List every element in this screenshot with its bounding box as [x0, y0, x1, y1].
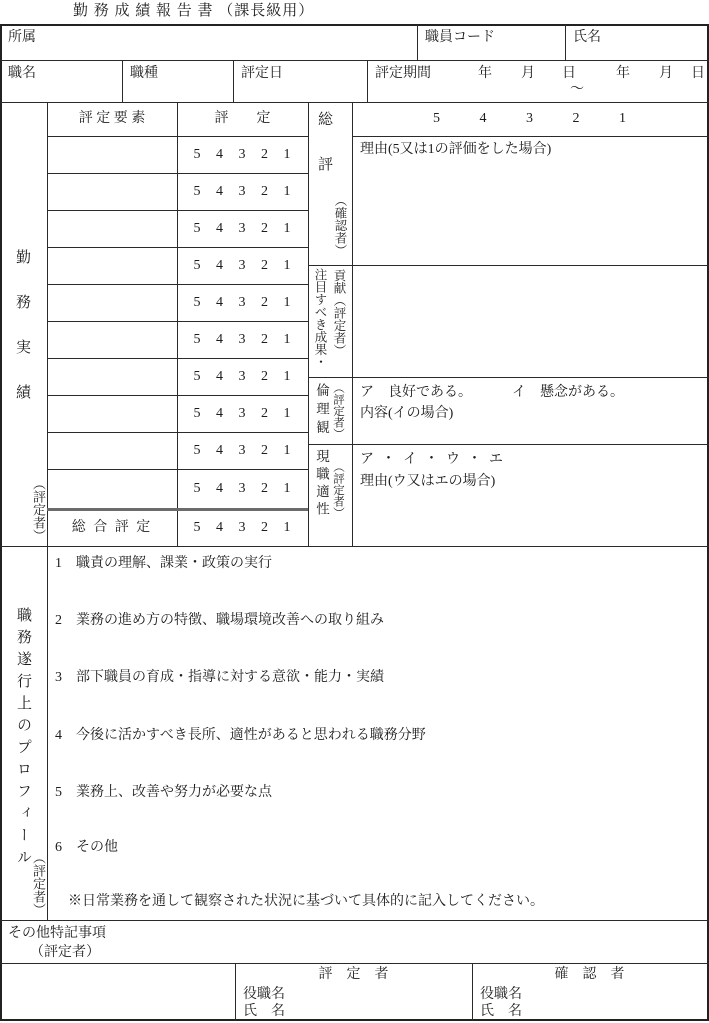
- period-day1-label: 日: [562, 65, 576, 83]
- period-year2-label: 年: [616, 65, 630, 83]
- aptitude-reason-label: 理由(ウ又はエの場合): [360, 473, 495, 491]
- ethics-option-b: イ 懸念がある。: [512, 384, 624, 402]
- grid-line: [308, 377, 709, 378]
- overall-section-label: 総評: [314, 111, 335, 201]
- grid-line: [0, 24, 2, 1021]
- rater-name-label: 氏 名: [243, 1003, 285, 1021]
- profile-item-6: 6 その他: [55, 839, 118, 857]
- rating-date-label: 評定日: [241, 65, 283, 83]
- work-record-label: 勤務実績: [12, 249, 33, 429]
- profile-item-4: 4 今後に活かすべき長所、適性があると思われる職務分野: [55, 727, 426, 745]
- aptitude-options: ア ・ イ ・ ウ ・ エ: [360, 451, 505, 469]
- grid-line: [308, 102, 309, 546]
- grid-line-thick: [47, 508, 308, 511]
- rating-scale-row-5: 5 4 3 2 1: [177, 294, 308, 312]
- grid-line: [0, 24, 709, 26]
- rating-scale-row-8: 5 4 3 2 1: [177, 405, 308, 423]
- performance-report-form: 勤 務 成 績 報 告 書 （課長級用） 所属 職員コード 氏名 職名 職種 評…: [0, 0, 709, 1023]
- profile-rater-label: （評定者）: [29, 851, 48, 916]
- grid-line: [308, 265, 709, 266]
- grid-line: [47, 358, 308, 359]
- period-month1-label: 月: [521, 65, 535, 83]
- rating-scale-row-3: 5 4 3 2 1: [177, 220, 308, 238]
- ethics-content-label: 内容(イの場合): [360, 405, 453, 423]
- grid-line: [0, 1019, 709, 1021]
- grid-line: [308, 444, 709, 445]
- profile-item-2: 2 業務の進め方の特徴、職場環境改善への取り組み: [55, 612, 384, 630]
- grid-line: [47, 321, 308, 322]
- aptitude-rater-label: （評定者）: [330, 461, 346, 519]
- grid-line: [47, 432, 308, 433]
- other-notes-label: その他特記事項: [8, 925, 106, 943]
- grid-line: [47, 173, 308, 174]
- grid-line: [0, 102, 709, 103]
- grid-line: [47, 284, 308, 285]
- rating-scale-row-6: 5 4 3 2 1: [177, 331, 308, 349]
- grid-line: [367, 60, 368, 102]
- other-notes-rater-label: （評定者）: [30, 944, 100, 962]
- ethics-option-a: ア 良好である。: [360, 384, 472, 402]
- name-label: 氏名: [573, 29, 601, 47]
- grid-line: [0, 920, 709, 921]
- total-rating-scale: 5 4 3 2 1: [177, 519, 308, 537]
- rating-scale-row-2: 5 4 3 2 1: [177, 183, 308, 201]
- overall-scale: 5 4 3 2 1: [352, 110, 707, 128]
- grid-line: [47, 469, 308, 470]
- grid-line: [233, 60, 234, 102]
- achievements-section-label-1: 注目すべき成果・: [311, 268, 329, 368]
- grid-line: [352, 102, 353, 546]
- rating-column-header: 評 定: [177, 110, 308, 128]
- overall-reason-label: 理由(5又は1の評価をした場合): [360, 141, 551, 159]
- rater-position-label: 役職名: [243, 986, 285, 1004]
- rating-period-label: 評定期間: [375, 65, 431, 83]
- grid-line: [565, 24, 566, 60]
- grid-line: [352, 136, 709, 137]
- ethics-section-label: 倫理観: [311, 383, 331, 439]
- profile-note: ※日常業務を通して観察された状況に基づいて具体的に記入してください。: [68, 893, 544, 911]
- aptitude-section-label: 現職適性: [311, 449, 331, 519]
- rater-signature-title: 評 定 者: [235, 966, 472, 984]
- profile-item-3: 3 部下職員の育成・指導に対する意欲・能力・実績: [55, 669, 384, 687]
- grid-line: [47, 247, 308, 248]
- profile-section-label: 職務遂行上のプロフィール: [13, 607, 34, 871]
- grid-line: [0, 963, 709, 964]
- period-tilde: ～: [570, 81, 584, 99]
- total-rating-label: 総 合 評 定: [47, 519, 177, 537]
- work-record-rater-label: （評定者）: [29, 477, 48, 542]
- profile-item-5: 5 業務上、改善や努力が必要な点: [55, 784, 272, 802]
- period-month2-label: 月: [659, 65, 673, 83]
- rating-scale-row-7: 5 4 3 2 1: [177, 368, 308, 386]
- job-type-label: 職種: [130, 65, 158, 83]
- affiliation-label: 所属: [8, 29, 36, 47]
- confirmer-name-label: 氏 名: [480, 1003, 522, 1021]
- confirmer-signature-title: 確 認 者: [472, 966, 707, 984]
- rating-scale-row-1: 5 4 3 2 1: [177, 146, 308, 164]
- confirmer-position-label: 役職名: [480, 986, 522, 1004]
- grid-line: [122, 60, 123, 102]
- grid-line: [47, 210, 308, 211]
- grid-line: [47, 136, 308, 137]
- ethics-rater-label: （評定者）: [330, 382, 346, 440]
- employee-code-label: 職員コード: [425, 29, 495, 47]
- rating-scale-row-4: 5 4 3 2 1: [177, 257, 308, 275]
- overall-confirmer-label: （確認者）: [331, 194, 349, 257]
- grid-line: [0, 546, 709, 547]
- grid-line: [47, 395, 308, 396]
- form-title: 勤 務 成 績 報 告 書 （課長級用）: [73, 2, 314, 21]
- job-title-label: 職名: [8, 65, 36, 83]
- grid-line: [417, 24, 418, 60]
- grid-line: [0, 60, 709, 61]
- period-year1-label: 年: [478, 65, 492, 83]
- achievements-section-label-2: 貢献（評定者）: [330, 269, 348, 357]
- period-day2-label: 日: [691, 65, 705, 83]
- profile-item-1: 1 職責の理解、課業・政策の実行: [55, 555, 272, 573]
- rating-scale-row-10: 5 4 3 2 1: [177, 480, 308, 498]
- element-column-header: 評 定 要 素: [47, 110, 177, 128]
- rating-scale-row-9: 5 4 3 2 1: [177, 442, 308, 460]
